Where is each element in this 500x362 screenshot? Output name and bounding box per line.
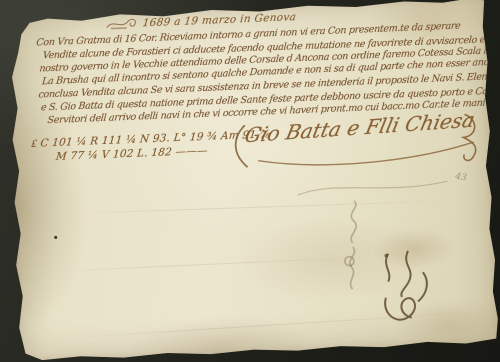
under-signature-flourish-icon bbox=[293, 173, 454, 203]
ink-spot bbox=[54, 236, 57, 239]
ink-bleed-ghost-icon bbox=[334, 196, 370, 295]
paper-crease bbox=[60, 257, 360, 272]
pencil-note: 43 bbox=[454, 172, 467, 184]
manuscript-paper: 1689 a 19 marzo in Genova Con Vra Gratma… bbox=[4, 0, 500, 362]
ink-bleed-flourish-icon bbox=[378, 246, 439, 330]
dateline: 1689 a 19 marzo in Genova bbox=[142, 11, 297, 29]
paper-crease bbox=[67, 200, 467, 214]
photo-background: 1689 a 19 marzo in Genova Con Vra Gratma… bbox=[0, 0, 500, 362]
signature-block: Gio Batta e Flli Chiesa bbox=[228, 104, 486, 176]
dateline-flourish-icon bbox=[104, 15, 141, 32]
